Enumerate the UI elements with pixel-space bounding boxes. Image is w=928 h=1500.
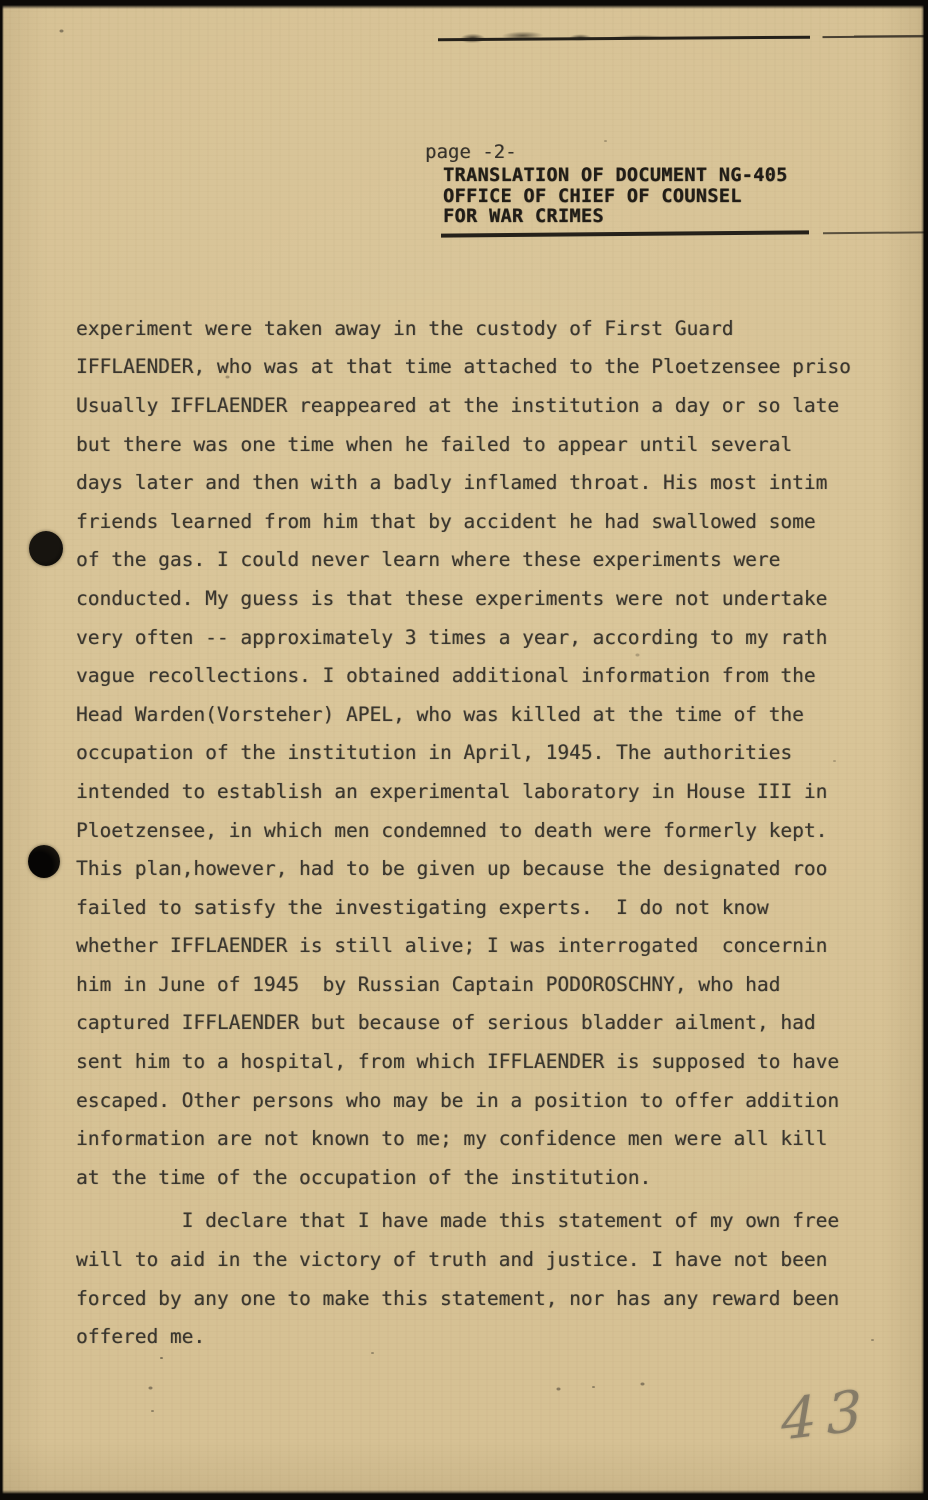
hole-punch-top [29,531,63,566]
typewritten-line: information are not known to me; my conf… [76,1120,876,1159]
typewritten-line: Ploetzensee, in which men condemned to d… [76,812,876,851]
typewritten-line: friends learned from him that by acciden… [76,503,876,542]
scan-edge-right [921,0,928,1500]
page-number-label: page -2- [425,141,517,163]
typewritten-line: vague recollections. I obtained addition… [76,657,876,696]
typewritten-line: failed to satisfy the investigating expe… [76,889,876,928]
typewritten-line: offered me. [76,1318,876,1357]
scan-edge-bottom [0,1490,928,1500]
typewritten-line: whether IFFLAENDER is still alive; I was… [76,927,876,966]
typewritten-line: IFFLAENDER, who was at that time attache… [76,348,876,387]
typewritten-line: of the gas. I could never learn where th… [76,541,876,580]
typewritten-body: experiment were taken away in the custod… [76,194,876,1357]
typewritten-line: escaped. Other persons who may be in a p… [76,1082,876,1121]
typewritten-line: sent him to a hospital, from which IFFLA… [76,1043,876,1082]
typewritten-line: I declare that I have made this statemen… [76,1202,876,1241]
handwritten-page-number: 43 [781,1377,873,1453]
typewritten-line: captured IFFLAENDER but because of serio… [76,1004,876,1043]
typewritten-line: occupation of the institution in April, … [76,734,876,773]
typewritten-line: but there was one time when he failed to… [76,426,876,465]
typewritten-line: experiment were taken away in the custod… [76,310,876,349]
typewritten-line: him in June of 1945 by Russian Captain P… [76,966,876,1005]
scan-edge-top [0,0,928,9]
typewritten-line: intended to establish an experimental la… [76,773,876,812]
scanned-document-page: TRANSLATION OF DOCUMENT NG-405OFFICE OF … [0,0,928,1500]
scan-edge-left [0,0,4,1500]
hole-punch-bottom [28,845,60,878]
typewritten-line: very often -- approximately 3 times a ye… [76,619,876,658]
typewritten-line: Usually IFFLAENDER reappeared at the ins… [76,387,876,426]
typewritten-line: will to aid in the victory of truth and … [76,1241,876,1280]
typewritten-line: Head Warden(Vorsteher) APEL, who was kil… [76,696,876,735]
stamp-line: TRANSLATION OF DOCUMENT NG-405 [443,166,788,187]
typewritten-line: conducted. My guess is that these experi… [76,580,876,619]
typewritten-line: at the time of the occupation of the ins… [76,1159,876,1198]
typewritten-line: forced by any one to make this statement… [76,1280,876,1319]
typewritten-line: days later and then with a badly inflame… [76,464,876,503]
typewritten-line: This plan,however, had to be given up be… [76,850,876,889]
